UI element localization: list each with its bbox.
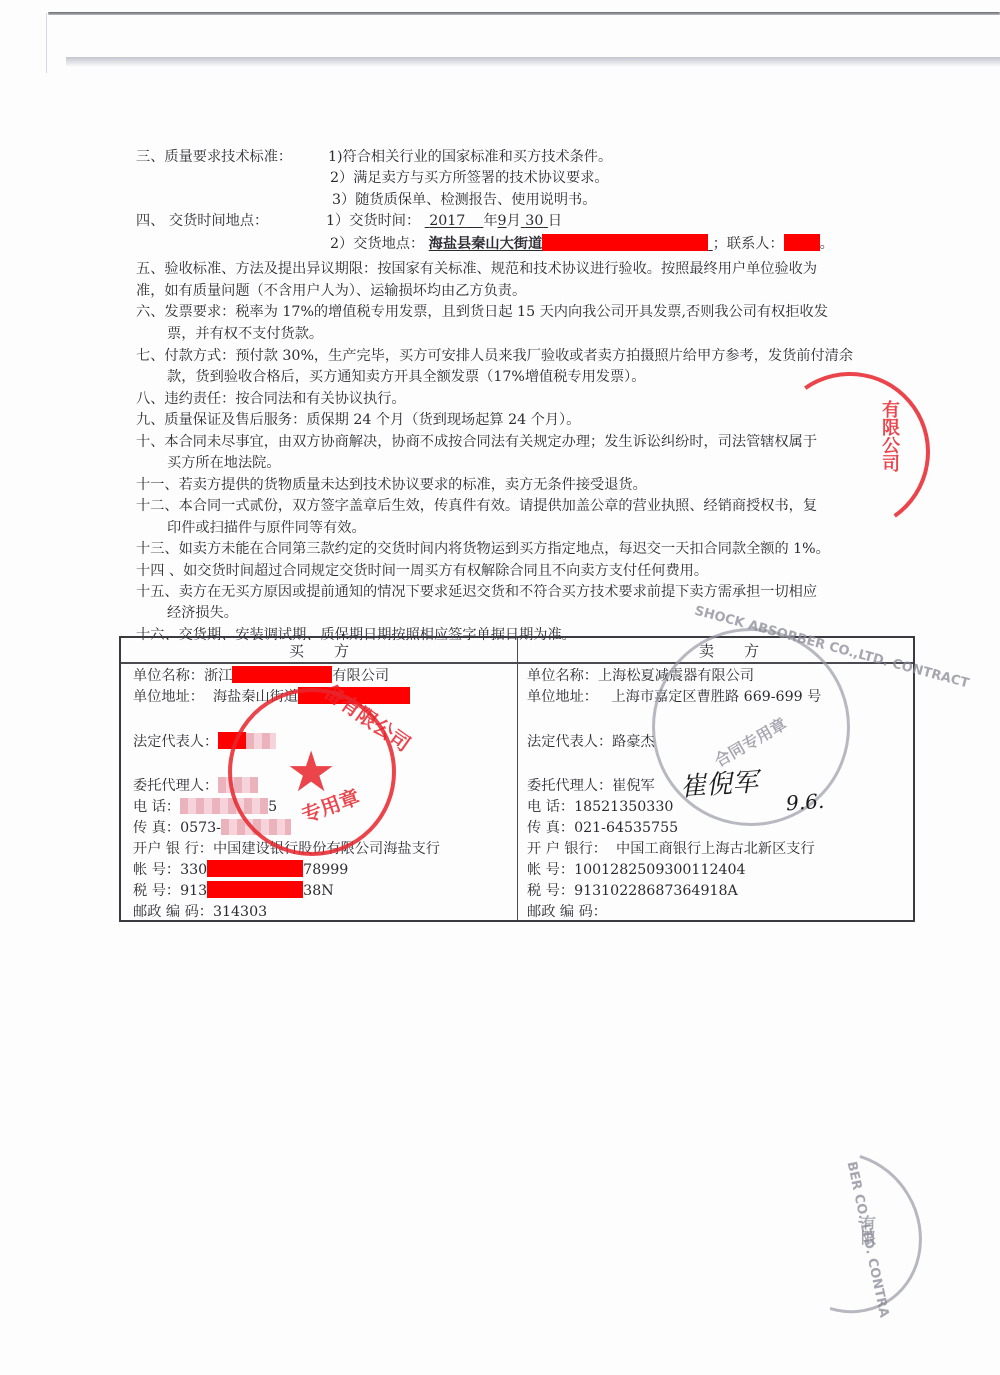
- clause-12-line-2: 印件或扫描件与原件同等有效。: [167, 519, 366, 538]
- year-unit: 年: [483, 213, 497, 229]
- label: 帐 号：: [133, 862, 180, 878]
- buyer-name-prefix: 浙江: [204, 668, 232, 684]
- clause-3-item-2: 2）满足卖方与买方所签署的技术协议要求。: [330, 169, 609, 188]
- buyer-phone-row: 电 话：5: [133, 797, 277, 818]
- blurred-buyer-rep: [246, 733, 276, 749]
- blurred-buyer-fax: [221, 819, 291, 835]
- clause-8: 八、违约责任：按合同法和有关协议执行。: [136, 390, 406, 409]
- label: 单位名称：: [133, 668, 204, 684]
- clause-5-line-2: 准，如有质量问题（不含用户人为）、运输损坏均由乙方负责。: [136, 282, 526, 301]
- seller-account-row: 帐 号：1001282509300112404: [527, 860, 746, 881]
- seller-address-row: 单位地址： 上海市嘉定区曹胜路 669-699 号: [527, 687, 821, 708]
- clause-4-delivery-time: 1）交货时间： 2017 年9月 30 日: [326, 212, 562, 231]
- contact-label: ；联系人：: [713, 236, 784, 252]
- buyer-tax-row: 税 号：91338N: [133, 881, 334, 902]
- label: 电 话：: [133, 799, 180, 815]
- clause-5-line-1: 五、验收标准、方法及提出异议期限：按国家有关标准、规范和技术协议进行验收。按照最…: [136, 260, 817, 279]
- delivery-month: 9: [498, 213, 507, 229]
- buyer-fax-row: 传 真：0573-: [133, 818, 291, 839]
- redacted-buyer-rep: [218, 732, 246, 749]
- seller-signature: 崔倪军: [679, 761, 759, 803]
- label: 传 真：: [133, 820, 180, 836]
- buyer-name-row: 单位名称：浙江有限公司: [133, 666, 389, 687]
- clause-4-delivery-place: 2）交货地点： 海盐县秦山大街道 ；联系人：。: [330, 234, 834, 254]
- seller-address: 上海市嘉定区曹胜路 669-699 号: [611, 689, 821, 705]
- seller-name: 上海松夏减震器有限公司: [598, 668, 754, 684]
- seller-tax-row: 税 号：91310228687364918A: [527, 881, 738, 902]
- seller-rep-row: 法定代表人：路豪杰: [527, 732, 655, 753]
- label: 法定代表人：: [133, 734, 218, 750]
- redacted-buyer-address: [298, 687, 410, 704]
- side-seal-arc: [757, 359, 942, 544]
- buyer-rep-row: 法定代表人：: [133, 732, 276, 753]
- buyer-tax-prefix: 913: [180, 883, 207, 899]
- buyer-phone-tail: 5: [268, 799, 277, 815]
- redacted-buyer-account: [207, 860, 303, 877]
- buyer-bank: 中国建设银行股份有限公司海盐支行: [213, 841, 440, 857]
- seller-fax: 021-64535755: [574, 820, 678, 836]
- clause-4-end: 。: [820, 236, 834, 252]
- seller-bank: 中国工商银行上海古北新区支行: [616, 841, 815, 857]
- label: 邮政 编 码：: [527, 904, 607, 920]
- clause-12-line-1: 十二、本合同一式贰份，双方签字盖章后生效，传真件有效。请提供加盖公章的营业执照、…: [136, 497, 817, 516]
- seller-postcode-row: 邮政 编 码：: [527, 902, 607, 923]
- delivery-day: 30: [521, 213, 548, 229]
- delivery-time-label: 1）交货时间：: [326, 213, 420, 229]
- corner-seal-text-cn: 有限: [858, 1215, 879, 1245]
- label: 税 号：: [527, 883, 574, 899]
- delivery-place-value: 海盐县秦山大街道: [429, 236, 543, 252]
- clause-6-line-2: 票，并有权不支付货款。: [167, 325, 323, 344]
- signature-date: 9.6.: [785, 789, 825, 816]
- buyer-account-suffix: 78999: [303, 862, 348, 878]
- label: 委托代理人：: [527, 778, 612, 794]
- redacted-contact: [784, 234, 820, 251]
- corner-seal-text-en: BER CO.,LTD. CONTRA: [844, 1160, 892, 1319]
- seller-tax: 91310228687364918A: [574, 883, 738, 899]
- scan-edge-left: [46, 13, 47, 73]
- scan-edge: [48, 12, 1000, 15]
- label: 委托代理人：: [133, 778, 218, 794]
- day-value: 30: [525, 213, 543, 229]
- redacted-buyer-tax: [207, 881, 303, 898]
- scan-shadow: [66, 57, 1000, 67]
- seller-account: 1001282509300112404: [574, 862, 746, 878]
- clause-15-line-1: 十五、卖方在无买方原因或提前通知的情况下要求延迟交货和不符合买方技术要求前提下卖…: [136, 583, 817, 602]
- buyer-name-suffix: 有限公司: [332, 668, 389, 684]
- label: 法定代表人：: [527, 734, 612, 750]
- label: 传 真：: [527, 820, 574, 836]
- label: 单位地址：: [133, 689, 204, 705]
- label: 邮政 编 码：: [133, 904, 213, 920]
- clause-3-item-1: 1)符合相关行业的国家标准和买方技术条件。: [328, 148, 612, 167]
- parties-table: 买方 卖方 单位名称：浙江有限公司 单位地址： 海盐秦山街道 法定代表人： 委托…: [119, 636, 915, 922]
- buyer-fax-prefix: 0573-: [180, 820, 221, 836]
- clause-13: 十三、如卖方未能在合同第三款约定的交货时间内将货物运到买方指定地点，每迟交一天扣…: [136, 540, 830, 559]
- redacted-address: [542, 234, 708, 251]
- clause-11: 十一、若卖方提供的货物质量未达到技术协议要求的标准，卖方无条件接受退货。: [136, 476, 647, 495]
- seller-rep: 路豪杰: [612, 734, 655, 750]
- corner-seal-arc: [739, 1124, 951, 1342]
- clause-9: 九、质量保证及售后服务：质保期 24 个月（货到现场起算 24 个月）。: [136, 411, 580, 430]
- clause-4-label: 四、 交货时间地点：: [136, 212, 268, 231]
- buyer-agent-row: 委托代理人：: [133, 776, 258, 797]
- clause-7-line-1: 七、付款方式：预付款 30%，生产完毕，买方可安排人员来我厂验收或者卖方拍摄照片…: [136, 347, 853, 366]
- label: 单位名称：: [527, 668, 598, 684]
- seller-fax-row: 传 真：021-64535755: [527, 818, 678, 839]
- clause-7-line-2: 款，货到验收合格后，买方通知卖方开具全额发票（17%增值税专用发票）。: [167, 368, 645, 387]
- clause-10-line-1: 十、本合同未尽事宜，由双方协商解决，协商不成按合同法有关规定办理；发生诉讼纠纷时…: [136, 433, 817, 452]
- clause-14: 十四 、如交货时间超过合同规定交货时间一周买方有权解除合同且不向卖方支付任何费用…: [136, 562, 708, 581]
- buyer-postcode-row: 邮政 编 码：314303: [133, 902, 267, 923]
- buyer-tax-suffix: 38N: [303, 883, 333, 899]
- clause-3-label: 三、质量要求技术标准：: [136, 148, 292, 167]
- buyer-address: 海盐秦山街道: [213, 689, 298, 705]
- buyer-header: 买方: [289, 640, 379, 661]
- year-value: 2017: [429, 213, 465, 229]
- buyer-bank-row: 开户 银 行：中国建设银行股份有限公司海盐支行: [133, 839, 440, 860]
- buyer-postcode: 314303: [213, 904, 267, 920]
- clause-10-line-2: 买方所在地法院。: [167, 454, 281, 473]
- seller-agent: 崔倪军: [612, 778, 655, 794]
- label: 开 户 银行：: [527, 841, 607, 857]
- buyer-account-row: 帐 号：33078999: [133, 860, 348, 881]
- seller-bank-row: 开 户 银行： 中国工商银行上海古北新区支行: [527, 839, 815, 860]
- blurred-buyer-phone: [180, 798, 268, 814]
- seller-agent-row: 委托代理人：崔倪军: [527, 776, 655, 797]
- label: 电 话：: [527, 799, 574, 815]
- label: 单位地址：: [527, 689, 598, 705]
- clause-15-line-2: 经济损失。: [167, 604, 238, 623]
- seller-phone-row: 电 话：18521350330: [527, 797, 673, 818]
- day-unit: 日: [548, 213, 562, 229]
- seller-name-row: 单位名称：上海松夏减震器有限公司: [527, 666, 754, 687]
- blurred-buyer-agent: [218, 777, 258, 793]
- label: 帐 号：: [527, 862, 574, 878]
- delivery-place-label: 2）交货地点：: [330, 236, 424, 252]
- buyer-account-prefix: 330: [180, 862, 207, 878]
- delivery-year: 2017: [425, 213, 484, 229]
- clause-3-item-3: 3）随货质保单、检测报告、使用说明书。: [332, 191, 596, 210]
- seller-phone: 18521350330: [574, 799, 673, 815]
- column-divider: [517, 638, 518, 920]
- label: 税 号：: [133, 883, 180, 899]
- buyer-address-row: 单位地址： 海盐秦山街道: [133, 687, 410, 708]
- side-seal-text: 有限公司: [876, 400, 902, 472]
- seller-header: 卖方: [699, 640, 789, 661]
- redacted-buyer-name: [232, 666, 332, 683]
- month-unit: 月: [507, 213, 521, 229]
- label: 开户 银 行：: [133, 841, 213, 857]
- clause-6-line-1: 六、发票要求：税率为 17%的增值税专用发票，且到货日起 15 天内向我公司开具…: [136, 303, 828, 322]
